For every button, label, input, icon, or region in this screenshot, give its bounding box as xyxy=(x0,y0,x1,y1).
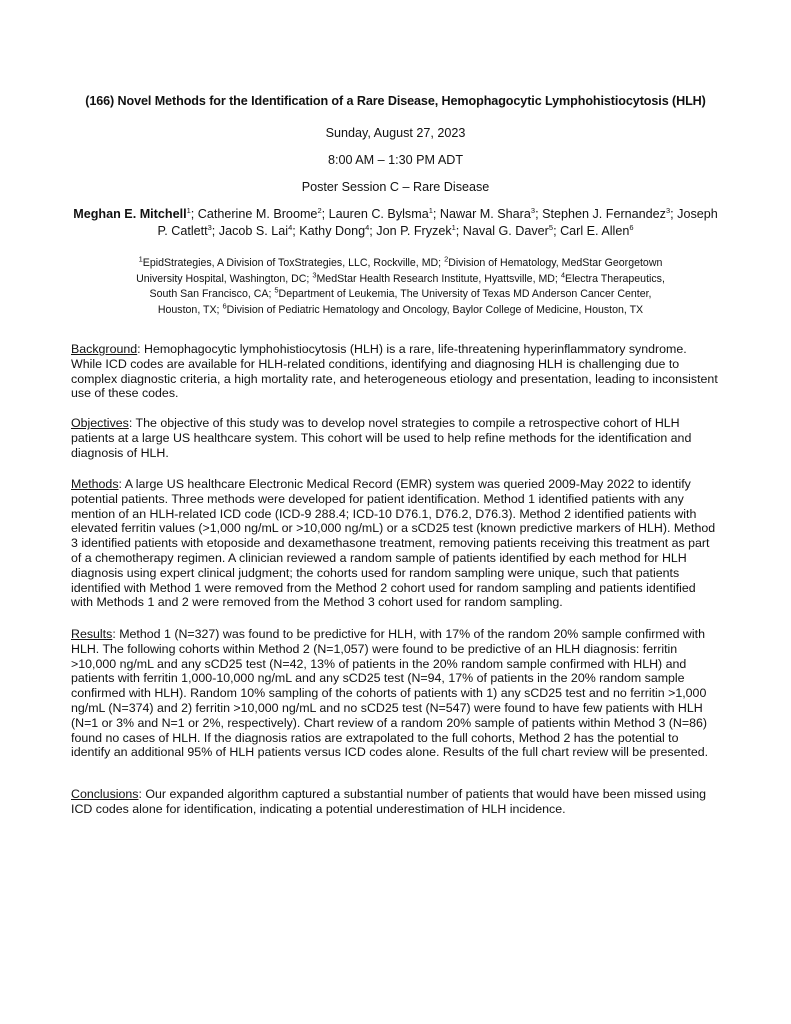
author-name: Lauren C. Bylsma xyxy=(329,207,429,221)
methods-text: : A large US healthcare Electronic Medic… xyxy=(71,477,715,609)
affiliation-list: 1EpidStrategies, A Division of ToxStrate… xyxy=(130,256,671,318)
author-separator: ; xyxy=(322,207,329,221)
affiliation-text: EpidStrategies, A Division of ToxStrateg… xyxy=(143,257,444,269)
results-text: : Method 1 (N=327) was found to be predi… xyxy=(71,627,708,759)
author-name: Stephen J. Fernandez xyxy=(542,207,666,221)
affiliation-text: Division of Pediatric Hematology and Onc… xyxy=(227,304,644,316)
author-name: Naval G. Daver xyxy=(463,224,549,238)
conclusions-heading: Conclusions xyxy=(71,787,139,801)
conclusions-section: Conclusions: Our expanded algorithm capt… xyxy=(71,787,721,817)
objectives-heading: Objectives xyxy=(71,416,129,430)
conclusions-text: : Our expanded algorithm captured a subs… xyxy=(71,787,706,816)
author-name: Nawar M. Shara xyxy=(440,207,531,221)
author-affiliation-number: 6 xyxy=(629,223,633,232)
author-separator: ; xyxy=(433,207,440,221)
results-section: Results: Method 1 (N=327) was found to b… xyxy=(71,627,721,760)
objectives-text: : The objective of this study was to dev… xyxy=(71,416,691,460)
session-time: 8:00 AM – 1:30 PM ADT xyxy=(0,153,791,167)
author-name: Catherine M. Broome xyxy=(198,207,318,221)
author-name: Meghan E. Mitchell xyxy=(73,207,186,221)
author-separator: ; xyxy=(191,207,198,221)
author-separator: ; xyxy=(553,224,560,238)
author-list: Meghan E. Mitchell1; Catherine M. Broome… xyxy=(70,206,721,240)
author-separator: ; xyxy=(212,224,219,238)
affiliation-text: MedStar Health Research Institute, Hyatt… xyxy=(316,273,560,285)
author-separator: ; xyxy=(456,224,463,238)
background-section: Background: Hemophagocytic lymphohistioc… xyxy=(71,342,721,401)
author-name: Carl E. Allen xyxy=(560,224,629,238)
background-heading: Background xyxy=(71,342,137,356)
results-heading: Results xyxy=(71,627,112,641)
author-name: Jacob S. Lai xyxy=(219,224,288,238)
background-text: : Hemophagocytic lymphohistiocytosis (HL… xyxy=(71,342,718,400)
abstract-title: (166) Novel Methods for the Identificati… xyxy=(0,94,791,108)
session-name: Poster Session C – Rare Disease xyxy=(0,180,791,194)
author-name: Kathy Dong xyxy=(299,224,365,238)
objectives-section: Objectives: The objective of this study … xyxy=(71,416,721,460)
methods-heading: Methods xyxy=(71,477,119,491)
session-date: Sunday, August 27, 2023 xyxy=(0,126,791,140)
author-separator: ; xyxy=(535,207,542,221)
author-name: Jon P. Fryzek xyxy=(376,224,451,238)
methods-section: Methods: A large US healthcare Electroni… xyxy=(71,477,721,610)
